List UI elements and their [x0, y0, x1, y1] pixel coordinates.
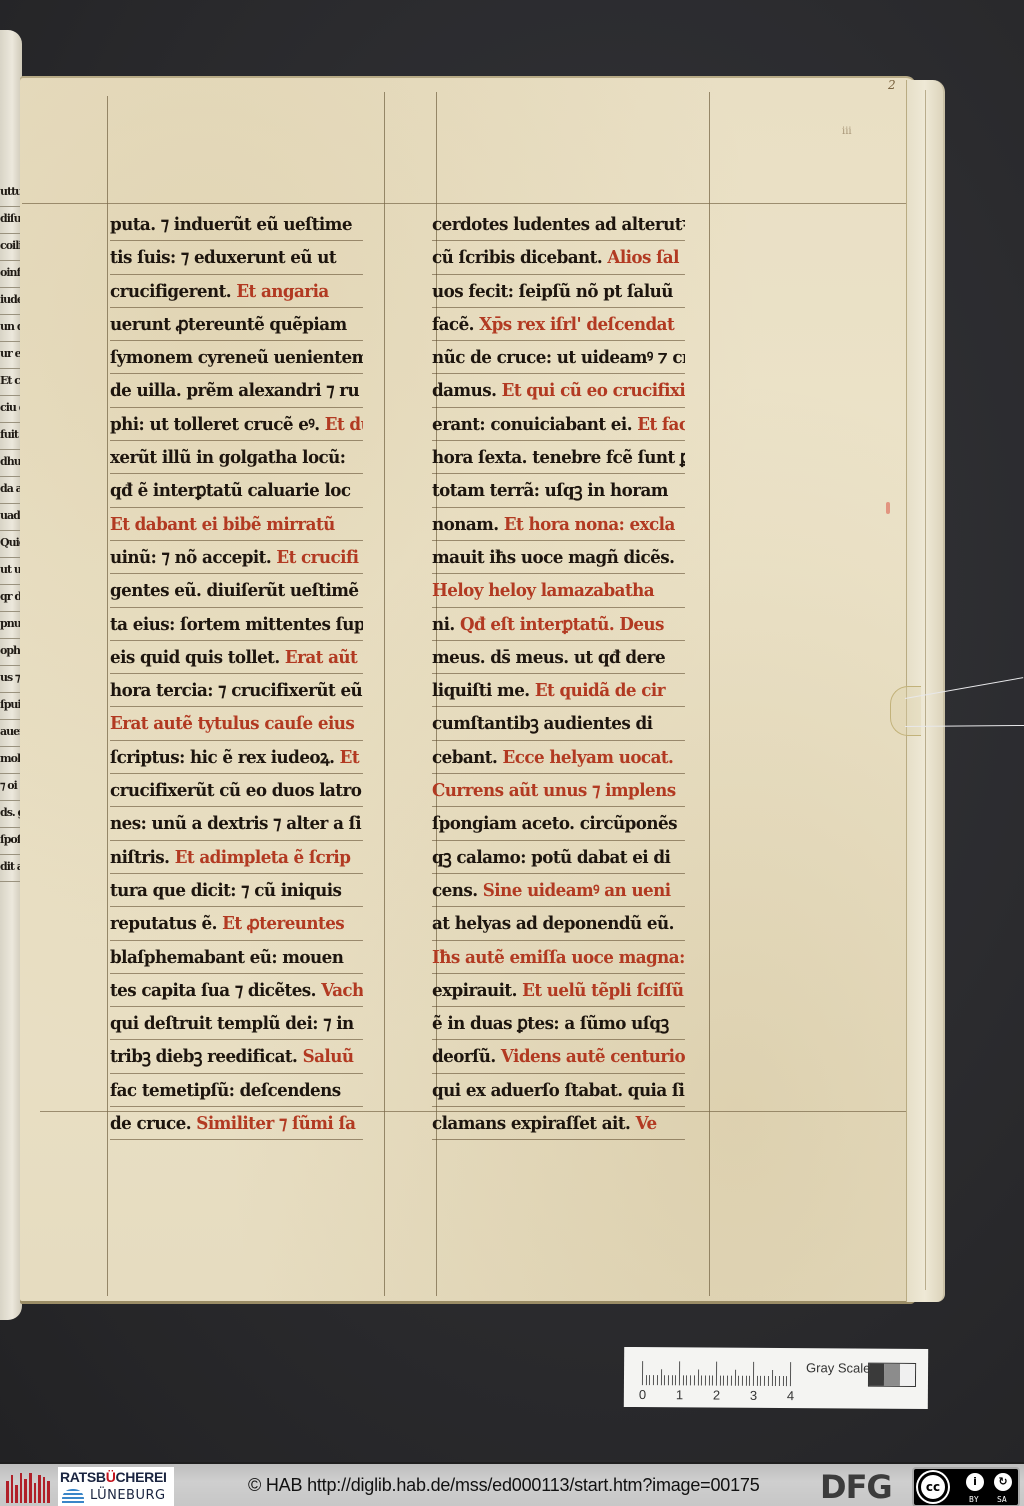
ruler-tick	[709, 1376, 710, 1386]
open-book-icon	[62, 1489, 84, 1503]
ruling-line-vertical	[709, 92, 710, 1296]
facing-page-text: uttusdiſur cucoilic doinfuriudeorun dixu…	[0, 180, 22, 1180]
manuscript-line: erant: conuiciabant ei. Et facta	[432, 408, 685, 441]
rubric-text: Erat autẽ tytulus cauſe eius	[110, 713, 354, 734]
ruler-tick	[753, 1362, 754, 1386]
line-text: nonam.	[432, 514, 504, 535]
copyright-link[interactable]: © HAB http://diglib.hab.de/mss/ed000113/…	[248, 1475, 760, 1496]
ruler-tick	[775, 1376, 776, 1386]
ruling-line-vertical	[107, 96, 108, 1296]
line-text: ẽ in duas ꝑtes: a ſũmo uſqꝫ	[432, 1013, 669, 1034]
ruler-tick	[683, 1375, 684, 1385]
facing-line: uadit da	[0, 504, 22, 531]
facing-line: ⁊ oi ſau	[0, 774, 22, 801]
rubric-text: Xp̄s rex iſrl' deſcendat	[479, 314, 674, 335]
line-text: nũc de cruce: ut uideamꝰ ⁊ cre	[432, 347, 685, 368]
rubric-text: Ecce helyam uocat.	[502, 747, 673, 768]
line-text: fac temetipſũ: deſcendens	[110, 1080, 341, 1101]
ruler-tick	[657, 1375, 658, 1385]
rubric-text: Et angaria	[236, 281, 328, 302]
manuscript-line: clamans expiraſſet ait. Ve	[432, 1107, 685, 1140]
manuscript-line: cens. Sine uideamꝰ an ueni	[432, 874, 685, 907]
facing-line: Quid ſu	[0, 531, 22, 558]
cc-license-badge[interactable]: cc i ↻ BY SA	[912, 1467, 1020, 1506]
rubric-text: Vach	[321, 980, 363, 1001]
manuscript-line: cerdotes ludentes ad alterutꝛ	[432, 208, 685, 241]
ruling-line-horizontal	[22, 203, 906, 204]
manuscript-line: ẽ in duas ꝑtes: a ſũmo uſqꝫ	[432, 1007, 685, 1040]
line-text: gentes eũ. diuiſerũt ueſtimẽ	[110, 580, 358, 601]
line-text: hora ſexta. tenebre fcẽ ſunt ꝑ	[432, 447, 685, 468]
manuscript-line: qui deſtruit templũ dei: ⁊ in	[110, 1007, 363, 1040]
line-text: qui ex aduerſo ſtabat. quia ſic	[432, 1080, 685, 1101]
manuscript-line: de cruce. Similiter ⁊ ſũmi ſa	[110, 1107, 363, 1140]
line-text: ſcriptus: hic ẽ rex iudeoꝝ.	[110, 747, 340, 768]
manuscript-line: Erat autẽ tytulus cauſe eius	[110, 707, 363, 740]
facing-line: ciu dicit	[0, 396, 22, 423]
line-text: ſpongiam aceto. circũponẽs	[432, 813, 677, 834]
facing-line: ds. gmm	[0, 801, 22, 828]
manuscript-line: deorſũ. Videns autẽ centurio	[432, 1040, 685, 1073]
line-text: tura que dicit: ⁊ cũ iniquis	[110, 880, 341, 901]
manuscript-line: reputatus ẽ. Et ꝓtereuntes	[110, 907, 363, 940]
line-text: ta eius: ſortem mittentes ſup	[110, 614, 363, 635]
page-tab-clip	[890, 686, 921, 736]
manuscript-line: cebant. Ecce helyam uocat.	[432, 741, 685, 774]
line-text: uos fecit: ſeipſũ nõ pt ſaluũ	[432, 281, 673, 302]
ruler-tick	[727, 1376, 728, 1386]
ruler-tick	[705, 1376, 706, 1386]
ruler-tick	[712, 1376, 713, 1386]
line-text: niſtris.	[110, 847, 175, 868]
line-text: uerunt ꝓtereuntẽ quẽpiam	[110, 314, 347, 335]
logo-text-line2: LÜNEBURG	[90, 1488, 166, 1503]
line-text: qꝫ calamo: potũ dabat ei di	[432, 847, 670, 868]
line-text: clamans expiraſſet ait.	[432, 1113, 636, 1134]
rubric-text: Et adimpleta ẽ ſcrip	[175, 847, 351, 868]
facing-line: Et cruci	[0, 369, 22, 396]
ruler-tick	[768, 1376, 769, 1386]
manuscript-line: totam terrã: uſqꝫ in horam	[432, 474, 685, 507]
rubric-text: Et uelũ tẽpli ſciſſũ	[522, 980, 683, 1001]
manuscript-line: Heloy heloy lamazabatha	[432, 574, 685, 607]
facing-line: ophard	[0, 639, 22, 666]
ruler-label: 2	[713, 1388, 720, 1403]
ruler-label: 4	[787, 1388, 794, 1403]
facing-line: dhuni de	[0, 450, 22, 477]
rubric-text: Et du	[325, 414, 363, 435]
facing-line: iudeor	[0, 288, 22, 315]
rubric-text: Currens aũt unus ⁊ implens	[432, 780, 676, 801]
ruler-tick	[790, 1362, 791, 1386]
ruler-label: 3	[750, 1388, 757, 1403]
line-text: tes capita ſua ⁊ dicẽtes.	[110, 980, 321, 1001]
manuscript-line: nes: unũ a dextris ⁊ alter a ſi	[110, 807, 363, 840]
manuscript-line: mauit iħs uoce magñ dicẽs.	[432, 541, 685, 574]
line-text: hora tercia: ⁊ crucifixerũt eũ.	[110, 680, 363, 701]
ruler-tick	[675, 1375, 676, 1385]
line-text: cũ ſcribis dicebant.	[432, 247, 607, 268]
ruler-tick	[672, 1375, 673, 1385]
line-text: cebant.	[432, 747, 502, 768]
facing-line: uttus	[0, 180, 22, 207]
line-text: phi: ut tolleret crucẽ eꝰ.	[110, 414, 325, 435]
ruler-label: 1	[676, 1387, 683, 1402]
by-attribution-icon: i	[966, 1473, 984, 1491]
sa-label: SA	[997, 1495, 1007, 1504]
ruler-tick	[764, 1376, 765, 1386]
facing-line: ſpoſuis	[0, 828, 22, 855]
line-text: liquiſti me.	[432, 680, 535, 701]
line-text: at helyas ad deponendũ eũ.	[432, 913, 674, 934]
line-text: eis quid quis tollet.	[110, 647, 285, 668]
rubric-text: Et hora nona: excla	[504, 514, 675, 535]
manuscript-line: expirauit. Et uelũ tẽpli ſciſſũ	[432, 974, 685, 1007]
rubric-text: Et ꝓtereuntes	[222, 913, 344, 934]
manuscript-line: gentes eũ. diuiſerũt ueſtimẽ	[110, 574, 363, 607]
ruler-tick	[646, 1375, 647, 1385]
facing-line: auer di	[0, 720, 22, 747]
manuscript-line: ni. Qđ eſt interꝑtatũ. Deus	[432, 608, 685, 641]
line-text: totam terrã: uſqꝫ in horam	[432, 480, 668, 501]
manuscript-line: qđ ẽ interꝑtatũ caluarie loc	[110, 474, 363, 507]
ruler-tick	[757, 1376, 758, 1386]
line-text: de cruce.	[110, 1113, 196, 1134]
line-text: mauit iħs uoce magñ dicẽs.	[432, 547, 674, 568]
ruler-tick	[731, 1376, 732, 1386]
rubric-text: Et	[340, 747, 359, 768]
ruler-tick	[660, 1369, 661, 1385]
line-text: crucifixerũt cũ eo duos latro	[110, 780, 361, 801]
margin-red-mark	[886, 502, 890, 514]
line-text: nes: unũ a dextris ⁊ alter a ſi	[110, 813, 361, 834]
manuscript-line: fac temetipſũ: deſcendens	[110, 1074, 363, 1107]
ruler-tick	[783, 1376, 784, 1386]
sa-sharealike-icon: ↻	[994, 1473, 1012, 1491]
dfg-logo[interactable]: DFG	[820, 1468, 892, 1506]
manuscript-line: tes capita ſua ⁊ dicẽtes. Vach	[110, 974, 363, 1007]
footer-bar: RATSBÜCHEREI LÜNEBURG © HAB http://digli…	[0, 1462, 1024, 1506]
manuscript-line: de uilla. prẽm alexandri ⁊ ru	[110, 374, 363, 407]
facing-page-edge: uttusdiſur cucoilic doinfuriudeorun dixu…	[0, 30, 22, 1320]
line-text: uinũ: ⁊ nõ accepit.	[110, 547, 276, 568]
manuscript-line: hora ſexta. tenebre fcẽ ſunt ꝑ	[432, 441, 685, 474]
edge-line	[925, 90, 926, 1290]
facing-line: un dixun	[0, 315, 22, 342]
ruler-tick	[668, 1375, 669, 1385]
line-text: puta. ⁊ induerũt eũ ueſtime	[110, 214, 352, 235]
rubric-text: Videns autẽ centurio	[501, 1046, 685, 1067]
manuscript-line: crucifixerũt cũ eo duos latro	[110, 774, 363, 807]
manuscript-line: tribꝫ diebꝫ reedificat. Saluũ	[110, 1040, 363, 1073]
manuscript-line: liquiſti me. Et quidã de cir	[432, 674, 685, 707]
ruler-tick	[679, 1361, 680, 1385]
line-text: ni.	[432, 614, 460, 635]
manuscript-line: nũc de cruce: ut uideamꝰ ⁊ cre	[432, 341, 685, 374]
ruler-tick	[746, 1376, 747, 1386]
line-text: blaſphemabant eũ: mouen	[110, 947, 343, 968]
rubric-text: Heloy heloy lamazabatha	[432, 580, 654, 601]
ruler-tick	[649, 1375, 650, 1385]
facing-line: ſpuicũ	[0, 693, 22, 720]
facing-line: oinfur	[0, 261, 22, 288]
ruler-label: 0	[639, 1387, 646, 1402]
ruler-tick	[738, 1376, 739, 1386]
line-text: erant: conuiciabant ei.	[432, 414, 637, 435]
manuscript-line: at helyas ad deponendũ eũ.	[432, 907, 685, 940]
ruler-tick	[771, 1370, 772, 1386]
facing-line: fuit dæ	[0, 423, 22, 450]
line-text: qđ ẽ interꝑtatũ caluarie loc	[110, 480, 351, 501]
ruler-tick	[786, 1376, 787, 1386]
line-text: crucifigerent.	[110, 281, 236, 302]
rubric-text: Erat aũt	[285, 647, 357, 668]
manuscript-line: uos fecit: ſeipſũ nõ pt ſaluũ	[432, 275, 685, 308]
line-text: tis ſuis: ⁊ eduxerunt eũ ut	[110, 247, 336, 268]
swatch-dark	[869, 1364, 884, 1386]
rubric-text: Sine uideamꝰ an ueni	[483, 880, 671, 901]
manuscript-line: ſcriptus: hic ẽ rex iudeoꝝ. Et	[110, 741, 363, 774]
by-label: BY	[969, 1495, 979, 1504]
swatch-mid	[884, 1364, 899, 1386]
manuscript-line: cumſtantibꝫ audientes di	[432, 707, 685, 740]
manuscript-line: ſymonem cyreneũ uenientem	[110, 341, 363, 374]
manuscript-line: meus. ds̄ meus. ut qđ dere	[432, 641, 685, 674]
manuscript-line: phi: ut tolleret crucẽ eꝰ. Et du	[110, 408, 363, 441]
line-text: reputatus ẽ.	[110, 913, 222, 934]
manuscript-line: damus. Et qui cũ eo crucifixi	[432, 374, 685, 407]
facing-line: qr doqui	[0, 585, 22, 612]
line-text: cerdotes ludentes ad alterutꝛ	[432, 214, 685, 235]
ruler-tick	[734, 1370, 735, 1386]
ruler-tick	[642, 1361, 643, 1385]
manuscript-line: uinũ: ⁊ nõ accepit. Et crucifi	[110, 541, 363, 574]
ruler-tick	[720, 1376, 721, 1386]
manuscript-line: blaſphemabant eũ: mouen	[110, 941, 363, 974]
rubric-text: Et dabant ei bibẽ mirratũ	[110, 514, 335, 535]
manuscript-line: Et dabant ei bibẽ mirratũ	[110, 508, 363, 541]
swatch-light	[900, 1364, 915, 1386]
facing-line: dit allu	[0, 855, 22, 882]
text-column-left: puta. ⁊ induerũt eũ ueſtimetis ſuis: ⁊ e…	[110, 208, 382, 1140]
manuscript-line: Currens aũt unus ⁊ implens	[432, 774, 685, 807]
facing-line: ur ei	[0, 342, 22, 369]
color-scale-card: 0 1 2 3 4 Gray Scale	[624, 1347, 928, 1409]
rubric-text: Similiter ⁊ ſũmi ſa	[196, 1113, 355, 1134]
rubric-text: Ve	[636, 1113, 657, 1134]
line-text: tribꝫ diebꝫ reedificat.	[110, 1046, 303, 1067]
facing-line: us ⁊ uu	[0, 666, 22, 693]
rubric-text: Iħs autẽ emiſſa uoce magna:	[432, 947, 685, 968]
manuscript-line: Iħs autẽ emiſſa uoce magna:	[432, 941, 685, 974]
manuscript-line: facẽ. Xp̄s rex iſrl' deſcendat	[432, 308, 685, 341]
text-column-right: cerdotes ludentes ad alterutꝛcũ ſcribis …	[432, 208, 704, 1140]
ruler-tick	[716, 1362, 717, 1386]
line-text: facẽ.	[432, 314, 479, 335]
rubric-text: Et qui cũ eo crucifixi	[502, 380, 685, 401]
manuscript-line: eis quid quis tollet. Erat aũt	[110, 641, 363, 674]
manuscript-line: tis ſuis: ⁊ eduxerunt eũ ut	[110, 241, 363, 274]
ruler-tick	[742, 1376, 743, 1386]
line-text: damus.	[432, 380, 502, 401]
manuscript-line: hora tercia: ⁊ crucifixerũt eũ.	[110, 674, 363, 707]
ruler-tick	[779, 1376, 780, 1386]
manuscript-line: xerũt illũ in golgatha locũ:	[110, 441, 363, 474]
ruler-tick	[701, 1375, 702, 1385]
ruler-tick	[686, 1375, 687, 1385]
facing-line: pnuur	[0, 612, 22, 639]
ruler-tick	[690, 1375, 691, 1385]
rubric-text: Et facta	[637, 414, 685, 435]
manuscript-line: crucifigerent. Et angaria	[110, 275, 363, 308]
manuscript-line: cũ ſcribis dicebant. Alios ſal	[432, 241, 685, 274]
line-text: ſymonem cyreneũ uenientem	[110, 347, 363, 368]
line-text: expirauit.	[432, 980, 522, 1001]
cc-icon: cc	[918, 1472, 948, 1502]
ruling-line-vertical	[384, 92, 385, 1296]
manuscript-line: tura que dicit: ⁊ cũ iniquis	[110, 874, 363, 907]
line-text: deorſũ.	[432, 1046, 501, 1067]
pencil-mark: iii	[842, 126, 852, 137]
rubric-text: Alios ſal	[607, 247, 679, 268]
facing-line: da aiui	[0, 477, 22, 504]
folio-number: 2	[888, 78, 896, 92]
line-text: de uilla. prẽm alexandri ⁊ ru	[110, 380, 359, 401]
rubric-text: Et crucifi	[276, 547, 358, 568]
line-text: xerũt illũ in golgatha locũ:	[110, 447, 345, 468]
manuscript-line: niſtris. Et adimpleta ẽ ſcrip	[110, 841, 363, 874]
rubric-text: Saluũ	[303, 1046, 354, 1067]
manuscript-line: qꝫ calamo: potũ dabat ei di	[432, 841, 685, 874]
ruler-tick	[723, 1376, 724, 1386]
ruler-tick	[664, 1375, 665, 1385]
rubric-text: Qđ eſt interꝑtatũ. Deus	[460, 614, 664, 635]
ruler-tick	[749, 1376, 750, 1386]
manuscript-line: qui ex aduerſo ſtabat. quia ſic	[432, 1074, 685, 1107]
line-text: cens.	[432, 880, 483, 901]
rubric-text: Et quidã de cir	[535, 680, 665, 701]
manuscript-line: ta eius: ſortem mittentes ſup	[110, 608, 363, 641]
manuscript-line: nonam. Et hora nona: excla	[432, 508, 685, 541]
gray-scale-label: Gray Scale	[806, 1360, 870, 1375]
line-text: meus. ds̄ meus. ut qđ dere	[432, 647, 665, 668]
manuscript-line: ſpongiam aceto. circũponẽs	[432, 807, 685, 840]
ruler-tick	[653, 1375, 654, 1385]
ruler-tick	[694, 1375, 695, 1385]
library-bars-logo-icon	[6, 1473, 50, 1503]
gray-scale-swatches	[868, 1363, 916, 1387]
facing-line: diſur cu	[0, 207, 22, 234]
facing-line: coilic d	[0, 234, 22, 261]
line-text: cumſtantibꝫ audientes di	[432, 713, 652, 734]
cm-ruler	[642, 1359, 802, 1386]
logo-text-line1: RATSBÜCHEREI	[60, 1469, 167, 1485]
line-text: qui deſtruit templũ dei: ⁊ in	[110, 1013, 354, 1034]
facing-line: mollir	[0, 747, 22, 774]
ratsbuecherei-logo[interactable]: RATSBÜCHEREI LÜNEBURG	[58, 1467, 174, 1506]
manuscript-line: puta. ⁊ induerũt eũ ueſtime	[110, 208, 363, 241]
ruler-tick	[760, 1376, 761, 1386]
ruler-tick	[697, 1369, 698, 1385]
facing-line: ut unuſ	[0, 558, 22, 585]
manuscript-line: uerunt ꝓtereuntẽ quẽpiam	[110, 308, 363, 341]
